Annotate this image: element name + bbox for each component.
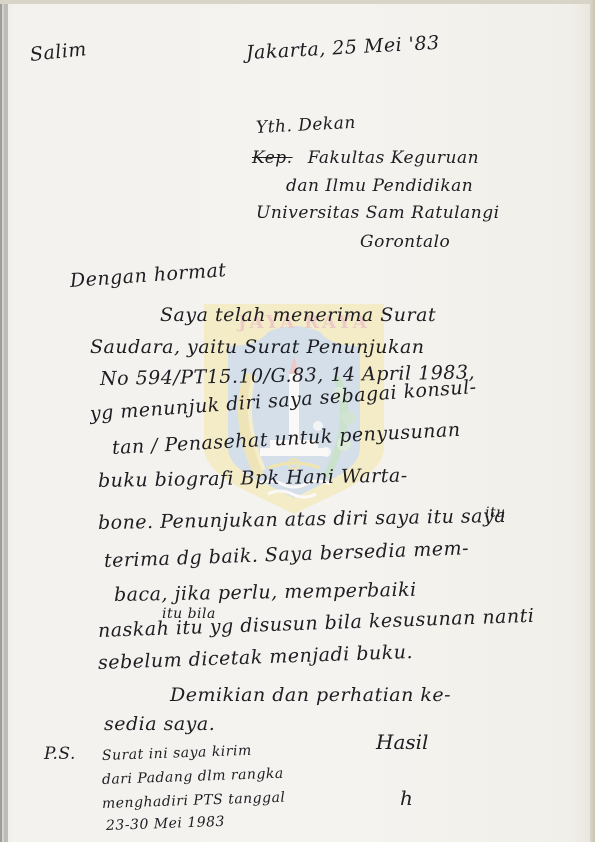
ps-line-4: 23-30 Mei 1983 — [106, 814, 225, 834]
place-date: Jakarta, 25 Mei '83 — [245, 32, 440, 64]
body-line-11: sebelum dicetak menjadi buku. — [98, 641, 414, 674]
ps-line-3: menghadiri PTS tanggal — [102, 790, 286, 812]
recipient-faculty: Fakultas Keguruan — [308, 148, 479, 168]
recipient-line-3: dan Ilmu Pendidikan — [286, 176, 473, 196]
ps-label: P.S. — [44, 744, 76, 764]
scanned-letter-page: JAYA RAYA Salim Jakarta, 25 Mei '83 Yth.… — [0, 0, 595, 842]
top-edge — [0, 0, 595, 4]
binding-edge — [0, 0, 2, 842]
body-line-2: Saudara, yaitu Surat Penunjukan — [90, 336, 425, 358]
body-line-7: bone. Penunjukan atas diri saya itu saya — [98, 505, 506, 534]
initial-mark: h — [400, 786, 413, 810]
struck-word: Kep. — [252, 148, 293, 168]
greeting: Dengan hormat — [69, 259, 227, 292]
recipient-line-2: Kep. Fakultas Keguruan — [252, 148, 479, 168]
body-line-12: Demikian dan perhatian ke- — [170, 684, 451, 706]
body-line-8: terima dg baik. Saya bersedia mem- — [104, 537, 470, 572]
body-line-1: Saya telah menerima Surat — [160, 304, 436, 326]
page-right-edge — [590, 0, 595, 842]
header-name: Salim — [29, 38, 88, 66]
body-line-9: baca, jika perlu, memperbaiki — [114, 579, 417, 606]
recipient-line-4: Universitas Sam Ratulangi — [256, 203, 500, 223]
body-line-13: sedia saya. — [104, 713, 215, 735]
signature: Hasil — [376, 730, 428, 754]
ps-line-2: dari Padang dlm rangka — [102, 766, 284, 788]
recipient-line-1: Yth. Dekan — [255, 113, 356, 138]
recipient-line-5: Gorontalo — [360, 232, 450, 252]
ps-line-1: Surat ini saya kirim — [102, 743, 252, 764]
binding-shadow — [4, 0, 8, 842]
